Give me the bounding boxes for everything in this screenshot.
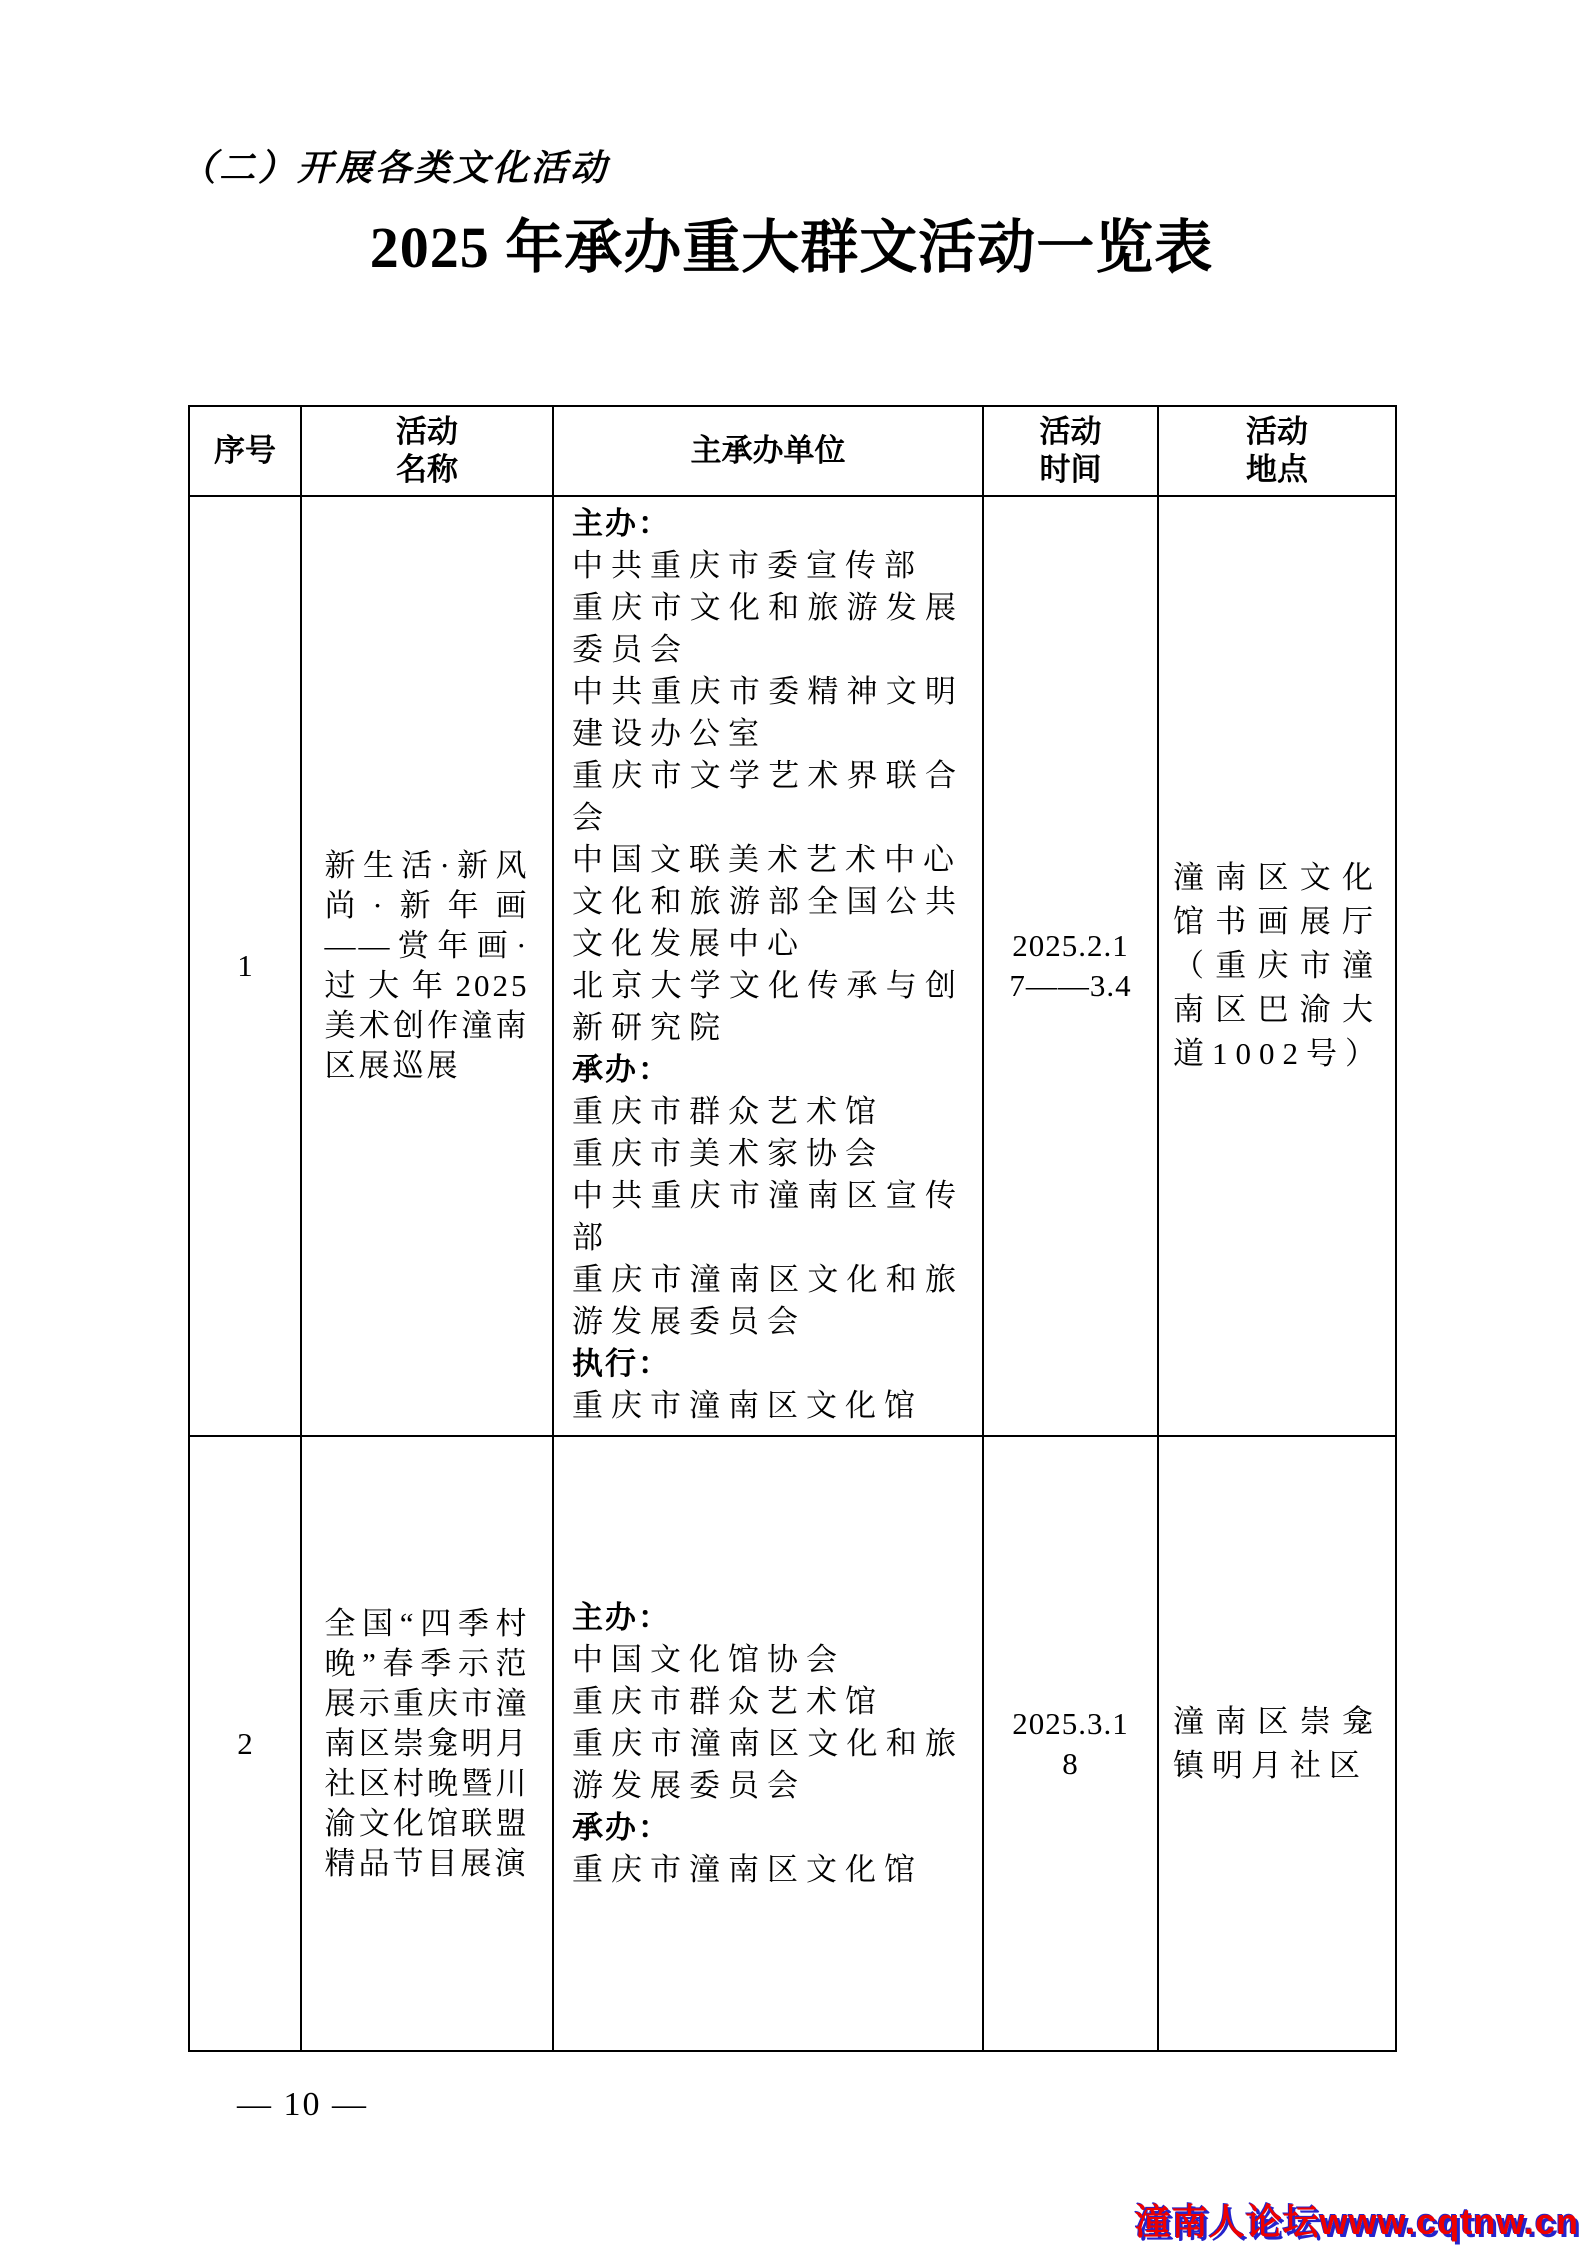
organizer-name: 重庆市潼南区文化馆 bbox=[572, 1385, 964, 1427]
activity-time-cell: 2025.3.18 bbox=[983, 1436, 1158, 2051]
organizer-name: 重庆市文学艺术界联合会 bbox=[572, 755, 964, 839]
row-number-cell: 2 bbox=[189, 1436, 301, 2051]
activity-name-cell: 新生活·新风尚·新年画——赏年画·过大年2025美术创作潼南区展巡展 bbox=[301, 496, 553, 1436]
organizer-role-label: 承办： bbox=[572, 1049, 964, 1091]
organizer-role-label: 主办： bbox=[572, 1597, 964, 1639]
organizer-cell: 主办：中共重庆市委宣传部重庆市文化和旅游发展委员会中共重庆市委精神文明建设办公室… bbox=[553, 496, 983, 1436]
activity-name: 新生活·新风尚·新年画——赏年画·过大年2025美术创作潼南区展巡展 bbox=[325, 846, 530, 1086]
section-heading: （二）开展各类文化活动 bbox=[180, 140, 609, 191]
page-title: 2025 年承办重大群文活动一览表 bbox=[188, 200, 1395, 284]
document-page: （二）开展各类文化活动 2025 年承办重大群文活动一览表 序号 活动 名称 主… bbox=[0, 0, 1587, 2245]
organizer-role-label: 承办： bbox=[572, 1807, 964, 1849]
organizer-name: 重庆市潼南区文化和旅游发展委员会 bbox=[572, 1723, 964, 1807]
organizer-name: 重庆市文化和旅游发展委员会 bbox=[572, 587, 964, 671]
activity-time: 2025.2.17——3.4 bbox=[1005, 926, 1137, 1006]
header-number: 序号 bbox=[189, 406, 301, 496]
organizer-name: 中国文化馆协会 bbox=[572, 1639, 964, 1681]
page-number: — 10 — bbox=[237, 2086, 368, 2124]
header-time: 活动 时间 bbox=[983, 406, 1158, 496]
organizer-list: 主办：中共重庆市委宣传部重庆市文化和旅游发展委员会中共重庆市委精神文明建设办公室… bbox=[572, 497, 964, 1427]
activity-location-cell: 潼南区崇龛镇明月社区 bbox=[1158, 1436, 1396, 2051]
organizer-name: 中共重庆市潼南区宣传部 bbox=[572, 1175, 964, 1259]
activity-time-cell: 2025.2.17——3.4 bbox=[983, 496, 1158, 1436]
organizer-name: 重庆市群众艺术馆 bbox=[572, 1681, 964, 1723]
header-activity-name: 活动 名称 bbox=[301, 406, 553, 496]
activity-name-cell: 全国“四季村晚”春季示范展示重庆市潼南区崇龛明月社区村晚暨川渝文化馆联盟精品节目… bbox=[301, 1436, 553, 2051]
organizer-name: 重庆市美术家协会 bbox=[572, 1133, 964, 1175]
organizer-name: 重庆市潼南区文化馆 bbox=[572, 1849, 964, 1891]
organizer-name: 中共重庆市委宣传部 bbox=[572, 545, 964, 587]
activities-table: 序号 活动 名称 主承办单位 活动 时间 活动 地点 1 新生活·新风尚·新年画… bbox=[188, 405, 1397, 2052]
organizer-name: 重庆市潼南区文化和旅游发展委员会 bbox=[572, 1259, 964, 1343]
organizer-cell: 主办：中国文化馆协会重庆市群众艺术馆重庆市潼南区文化和旅游发展委员会承办：重庆市… bbox=[553, 1436, 983, 2051]
activity-location: 潼南区崇龛镇明月社区 bbox=[1173, 1700, 1381, 1788]
table-row: 1 新生活·新风尚·新年画——赏年画·过大年2025美术创作潼南区展巡展 主办：… bbox=[189, 496, 1396, 1436]
activity-time: 2025.3.18 bbox=[1005, 1704, 1137, 1784]
organizer-name: 北京大学文化传承与创新研究院 bbox=[572, 965, 964, 1049]
activity-name: 全国“四季村晚”春季示范展示重庆市潼南区崇龛明月社区村晚暨川渝文化馆联盟精品节目… bbox=[325, 1604, 530, 1884]
activity-location: 潼南区文化馆书画展厅（重庆市潼南区巴渝大道1002号） bbox=[1173, 856, 1381, 1076]
organizer-name: 文化和旅游部全国公共文化发展中心 bbox=[572, 881, 964, 965]
organizer-role-label: 主办： bbox=[572, 503, 964, 545]
header-location: 活动 地点 bbox=[1158, 406, 1396, 496]
activity-location-cell: 潼南区文化馆书画展厅（重庆市潼南区巴渝大道1002号） bbox=[1158, 496, 1396, 1436]
row-number-cell: 1 bbox=[189, 496, 301, 1436]
organizer-name: 重庆市群众艺术馆 bbox=[572, 1091, 964, 1133]
organizer-role-label: 执行： bbox=[572, 1343, 964, 1385]
watermark-text: 潼南人论坛www.cqtnw.cn bbox=[1135, 2194, 1579, 2245]
table-row: 2 全国“四季村晚”春季示范展示重庆市潼南区崇龛明月社区村晚暨川渝文化馆联盟精品… bbox=[189, 1436, 1396, 2051]
organizer-name: 中国文联美术艺术中心 bbox=[572, 839, 964, 881]
organizer-list: 主办：中国文化馆协会重庆市群众艺术馆重庆市潼南区文化和旅游发展委员会承办：重庆市… bbox=[572, 1597, 964, 1891]
organizer-name: 中共重庆市委精神文明建设办公室 bbox=[572, 671, 964, 755]
table-header-row: 序号 活动 名称 主承办单位 活动 时间 活动 地点 bbox=[189, 406, 1396, 496]
header-organizer: 主承办单位 bbox=[553, 406, 983, 496]
